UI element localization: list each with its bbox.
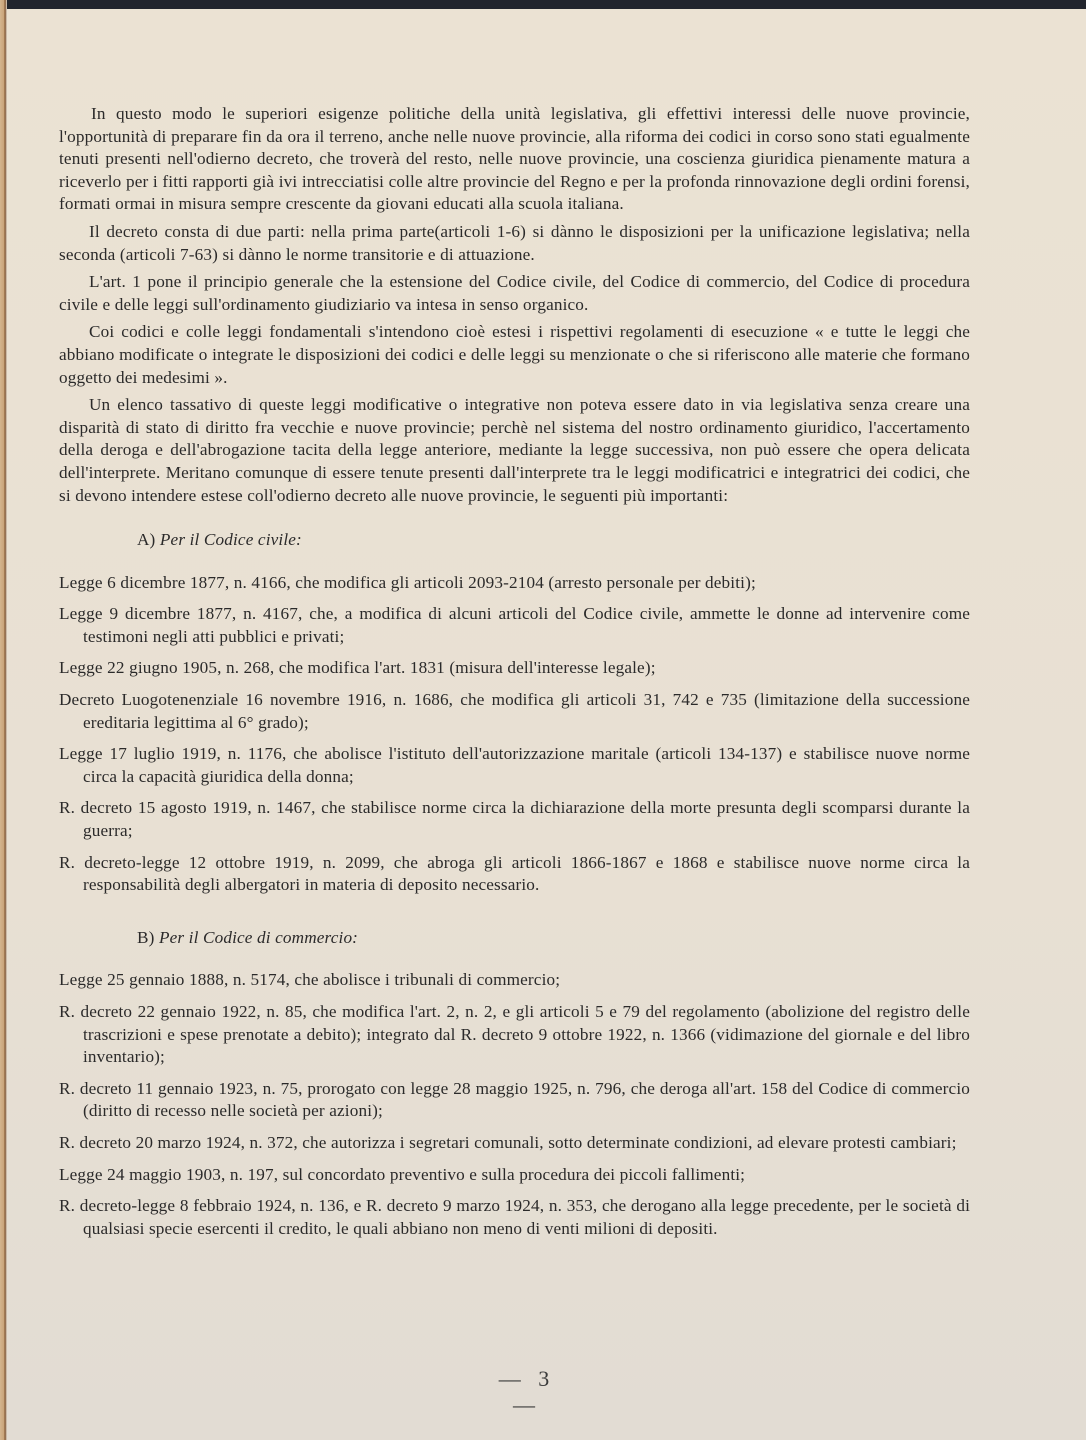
section-letter: B) bbox=[137, 928, 155, 947]
law-entry: Legge 22 giugno 1905, n. 268, che modifi… bbox=[59, 657, 970, 680]
section-codice-civile: A) Per il Codice civile: Legge 6 dicembr… bbox=[59, 529, 970, 897]
paragraph-art1: L'art. 1 pone il principio generale che … bbox=[59, 271, 970, 316]
book-binding-edge bbox=[0, 0, 7, 1440]
paragraph-elenco: Un elenco tassativo di queste leggi modi… bbox=[59, 394, 970, 507]
section-codice-commercio: B) Per il Codice di commercio: Legge 25 … bbox=[59, 927, 970, 1241]
section-heading: A) Per il Codice civile: bbox=[59, 529, 970, 552]
section-title: Per il Codice di commercio: bbox=[159, 928, 358, 947]
law-entry: Decreto Luogotenenziale 16 novembre 1916… bbox=[59, 689, 970, 734]
section-letter: A) bbox=[137, 530, 155, 549]
document-page: In questo modo le superiori esigenze pol… bbox=[7, 9, 1086, 1440]
section-title: Per il Codice civile: bbox=[160, 530, 302, 549]
law-entry: Legge 25 gennaio 1888, n. 5174, che abol… bbox=[59, 969, 970, 992]
law-entry: Legge 24 maggio 1903, n. 197, sul concor… bbox=[59, 1164, 970, 1187]
law-entry: R. decreto 22 gennaio 1922, n. 85, che m… bbox=[59, 1001, 970, 1069]
section-heading: B) Per il Codice di commercio: bbox=[59, 927, 970, 950]
law-entry: Legge 6 dicembre 1877, n. 4166, che modi… bbox=[59, 572, 970, 595]
scan-top-border bbox=[0, 0, 1086, 9]
law-entry: Legge 9 dicembre 1877, n. 4167, che, a m… bbox=[59, 603, 970, 648]
page-number: — 3 — bbox=[487, 1366, 567, 1418]
law-entry: R. decreto 15 agosto 1919, n. 1467, che … bbox=[59, 797, 970, 842]
paragraph-intro: In questo modo le superiori esigenze pol… bbox=[59, 103, 970, 216]
paragraph-structure: Il decreto consta di due parti: nella pr… bbox=[59, 221, 970, 266]
paragraph-codici: Coi codici e colle leggi fondamentali s'… bbox=[59, 321, 970, 389]
law-entry: R. decreto 20 marzo 1924, n. 372, che au… bbox=[59, 1132, 970, 1155]
law-entry: R. decreto-legge 12 ottobre 1919, n. 209… bbox=[59, 852, 970, 897]
law-entry: R. decreto-legge 8 febbraio 1924, n. 136… bbox=[59, 1195, 970, 1240]
law-entry: R. decreto 11 gennaio 1923, n. 75, proro… bbox=[59, 1078, 970, 1123]
page-body: In questo modo le superiori esigenze pol… bbox=[59, 103, 970, 1249]
law-entry: Legge 17 luglio 1919, n. 1176, che aboli… bbox=[59, 743, 970, 788]
